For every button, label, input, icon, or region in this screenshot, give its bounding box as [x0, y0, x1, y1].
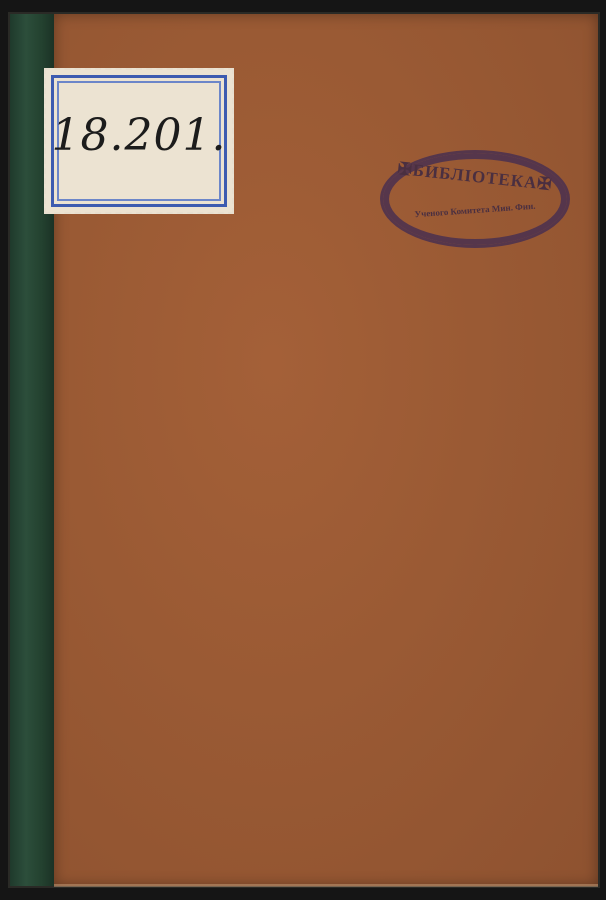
catalog-number: 18.201.: [46, 110, 232, 161]
catalog-label: 18.201.: [44, 68, 234, 214]
stamp-title: ✠БИБЛIОТЕКА✠: [382, 157, 567, 196]
library-stamp: ✠БИБЛIОТЕКА✠ Ученого Комитета Мин. Фин.: [380, 150, 570, 248]
board-edge: [54, 884, 598, 887]
stamp-subtitle: Ученого Комитета Мин. Фин.: [383, 199, 567, 222]
